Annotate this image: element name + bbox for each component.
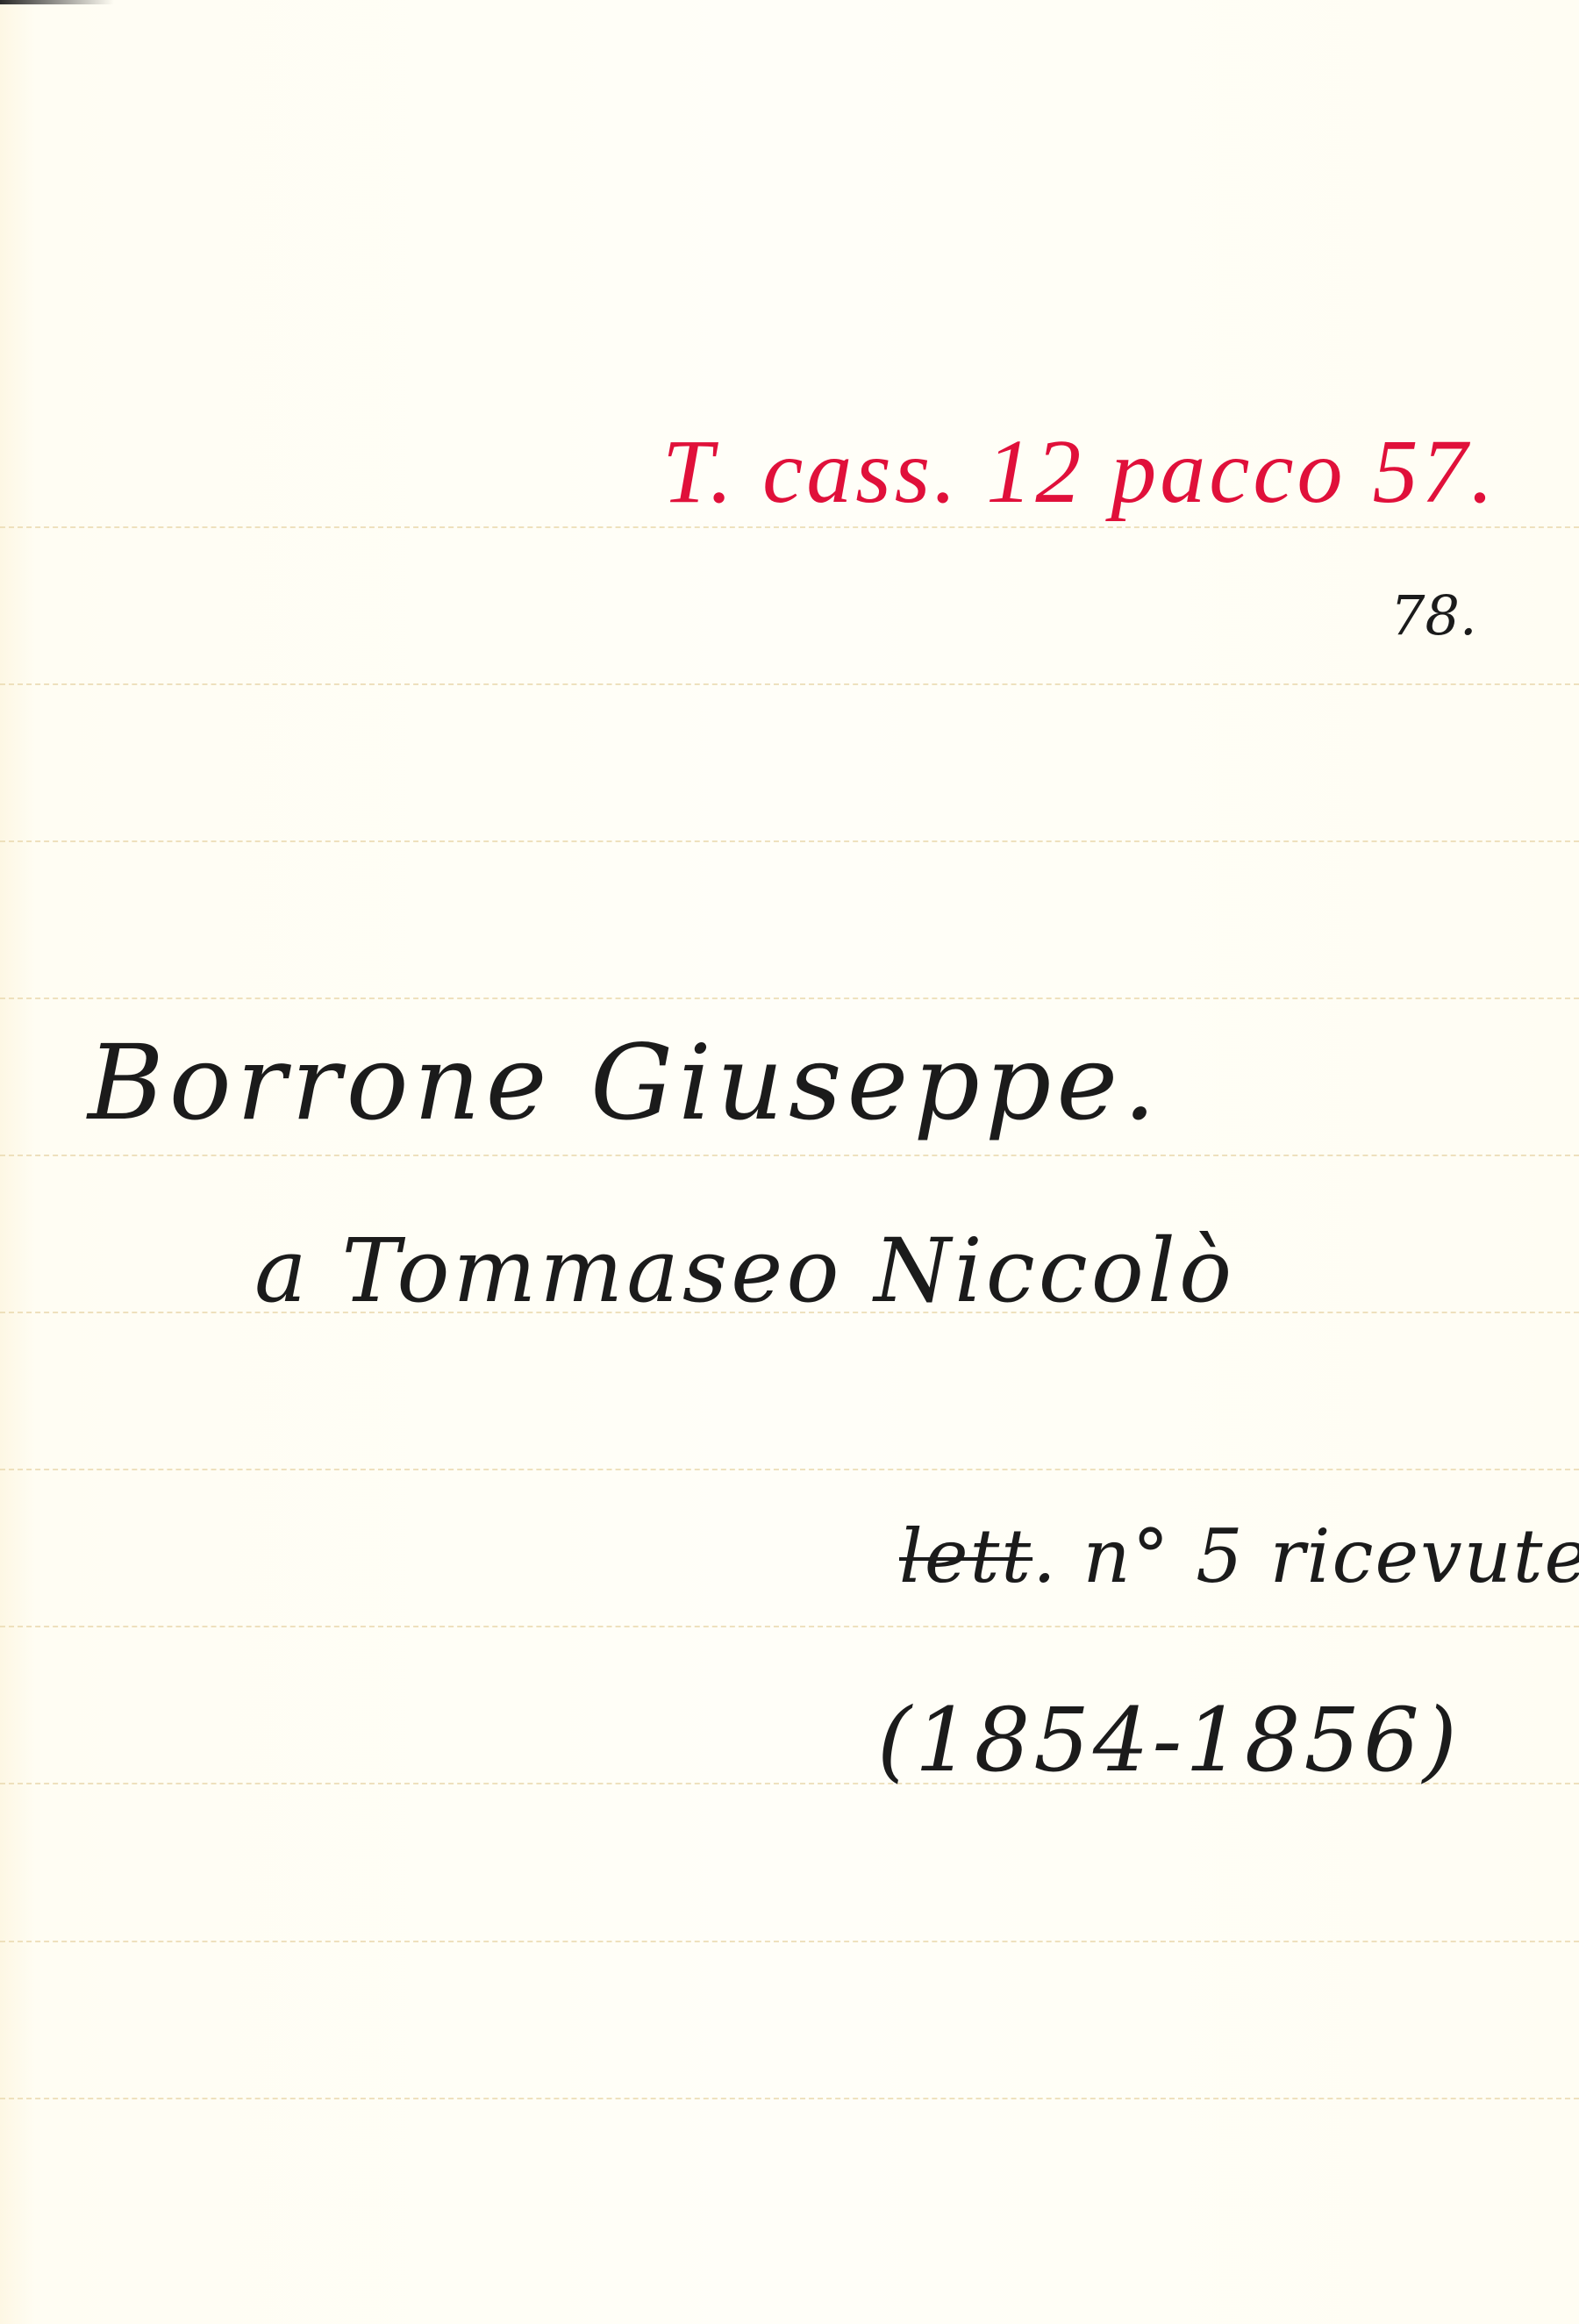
ruled-line <box>0 2098 1579 2099</box>
letters-count-line: lett. n° 5 ricevute <box>899 1513 1579 1599</box>
sender-name: Borrone Giuseppe. <box>88 1022 1161 1143</box>
ruled-line <box>0 1941 1579 1942</box>
letters-count-text: . n° 5 ricevute <box>1032 1513 1579 1599</box>
item-number: 78. <box>1390 583 1477 647</box>
ruled-line <box>0 1155 1579 1156</box>
ruled-line <box>0 840 1579 842</box>
catalog-card: T. cass. 12 pacco 57. 78. Borrone Giusep… <box>0 0 1579 2324</box>
ruled-line <box>0 1469 1579 1470</box>
card-top-edge-shadow <box>0 0 114 4</box>
ruled-line <box>0 1626 1579 1627</box>
date-range: (1854-1856) <box>877 1689 1461 1791</box>
ruled-line <box>0 683 1579 685</box>
recipient-name: a Tommaseo Niccolò <box>254 1219 1235 1322</box>
shelfmark-text: T. cass. 12 pacco 57. <box>662 419 1497 524</box>
struck-word: lett <box>899 1513 1032 1599</box>
ruled-line <box>0 526 1579 528</box>
ruled-line <box>0 998 1579 999</box>
